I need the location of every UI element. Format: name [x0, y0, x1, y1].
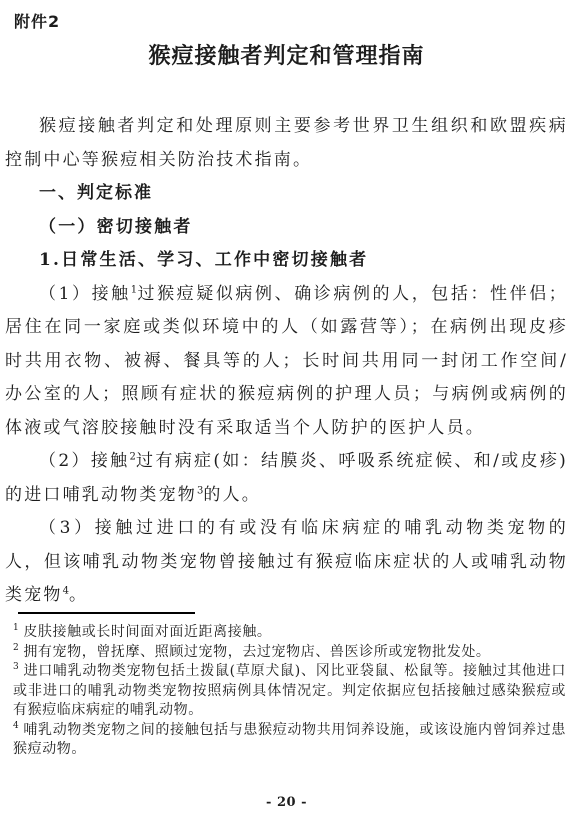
body-paragraph-2: （2）接触2过有病症(如：结膜炎、呼吸系统症候、和/或皮疹)的进口哺乳动物类宠物… [5, 445, 568, 512]
footnote-marker: 1 [13, 623, 19, 633]
subsection-heading-1: （一）密切接触者 [5, 211, 568, 245]
footnote-text: 拥有宠物，曾抚摩、照顾过宠物，去过宠物店、兽医诊所或宠物批发处。 [23, 644, 490, 660]
footnote-text: 皮肤接触或长时间面对面近距离接触。 [23, 624, 271, 640]
footnote-marker: 3 [13, 662, 19, 672]
footnote-area: 1皮肤接触或长时间面对面近距离接触。 2拥有宠物，曾抚摩、照顾过宠物，去过宠物店… [5, 612, 568, 760]
item-heading-1: 1.日常生活、学习、工作中密切接触者 [5, 244, 568, 278]
document-body: 猴痘接触者判定和处理原则主要参考世界卫生组织和欧盟疾病控制中心等猴痘相关防治技术… [0, 110, 573, 613]
footnote: 3进口哺乳动物类宠物包括土拨鼠(草原犬鼠)、冈比亚袋鼠、松鼠等。接触过其他进口或… [13, 662, 566, 721]
attachment-label: 附件2 [14, 0, 573, 32]
section-heading-1: 一、判定标准 [5, 177, 568, 211]
footnote-marker: 2 [13, 643, 19, 653]
footnote-list: 1皮肤接触或长时间面对面近距离接触。 2拥有宠物，曾抚摩、照顾过宠物，去过宠物店… [5, 623, 568, 760]
footnote-separator [18, 612, 195, 614]
page-title: 猴痘接触者判定和管理指南 [0, 39, 573, 70]
footnote: 2拥有宠物，曾抚摩、照顾过宠物，去过宠物店、兽医诊所或宠物批发处。 [13, 643, 566, 663]
footnote: 4哺乳动物类宠物之间的接触包括与患猴痘动物共用饲养设施，或该设施内曾饲养过患猴痘… [13, 721, 566, 760]
page-number: - 20 - [0, 795, 573, 810]
footnote: 1皮肤接触或长时间面对面近距离接触。 [13, 623, 566, 643]
document-page: 附件2 猴痘接触者判定和管理指南 猴痘接触者判定和处理原则主要参考世界卫生组织和… [0, 0, 573, 822]
footnote-marker: 4 [13, 721, 19, 731]
footnote-text: 哺乳动物类宠物之间的接触包括与患猴痘动物共用饲养设施，或该设施内曾饲养过患猴痘动… [13, 722, 566, 758]
body-paragraph-3: （3）接触过进口的有或没有临床病症的哺乳动物类宠物的人，但该哺乳动物类宠物曾接触… [5, 512, 568, 613]
intro-paragraph: 猴痘接触者判定和处理原则主要参考世界卫生组织和欧盟疾病控制中心等猴痘相关防治技术… [5, 110, 568, 177]
body-paragraph-1: （1）接触1过猴痘疑似病例、确诊病例的人，包括：性伴侣；居住在同一家庭或类似环境… [5, 278, 568, 446]
footnote-text: 进口哺乳动物类宠物包括土拨鼠(草原犬鼠)、冈比亚袋鼠、松鼠等。接触过其他进口或非… [13, 663, 566, 718]
